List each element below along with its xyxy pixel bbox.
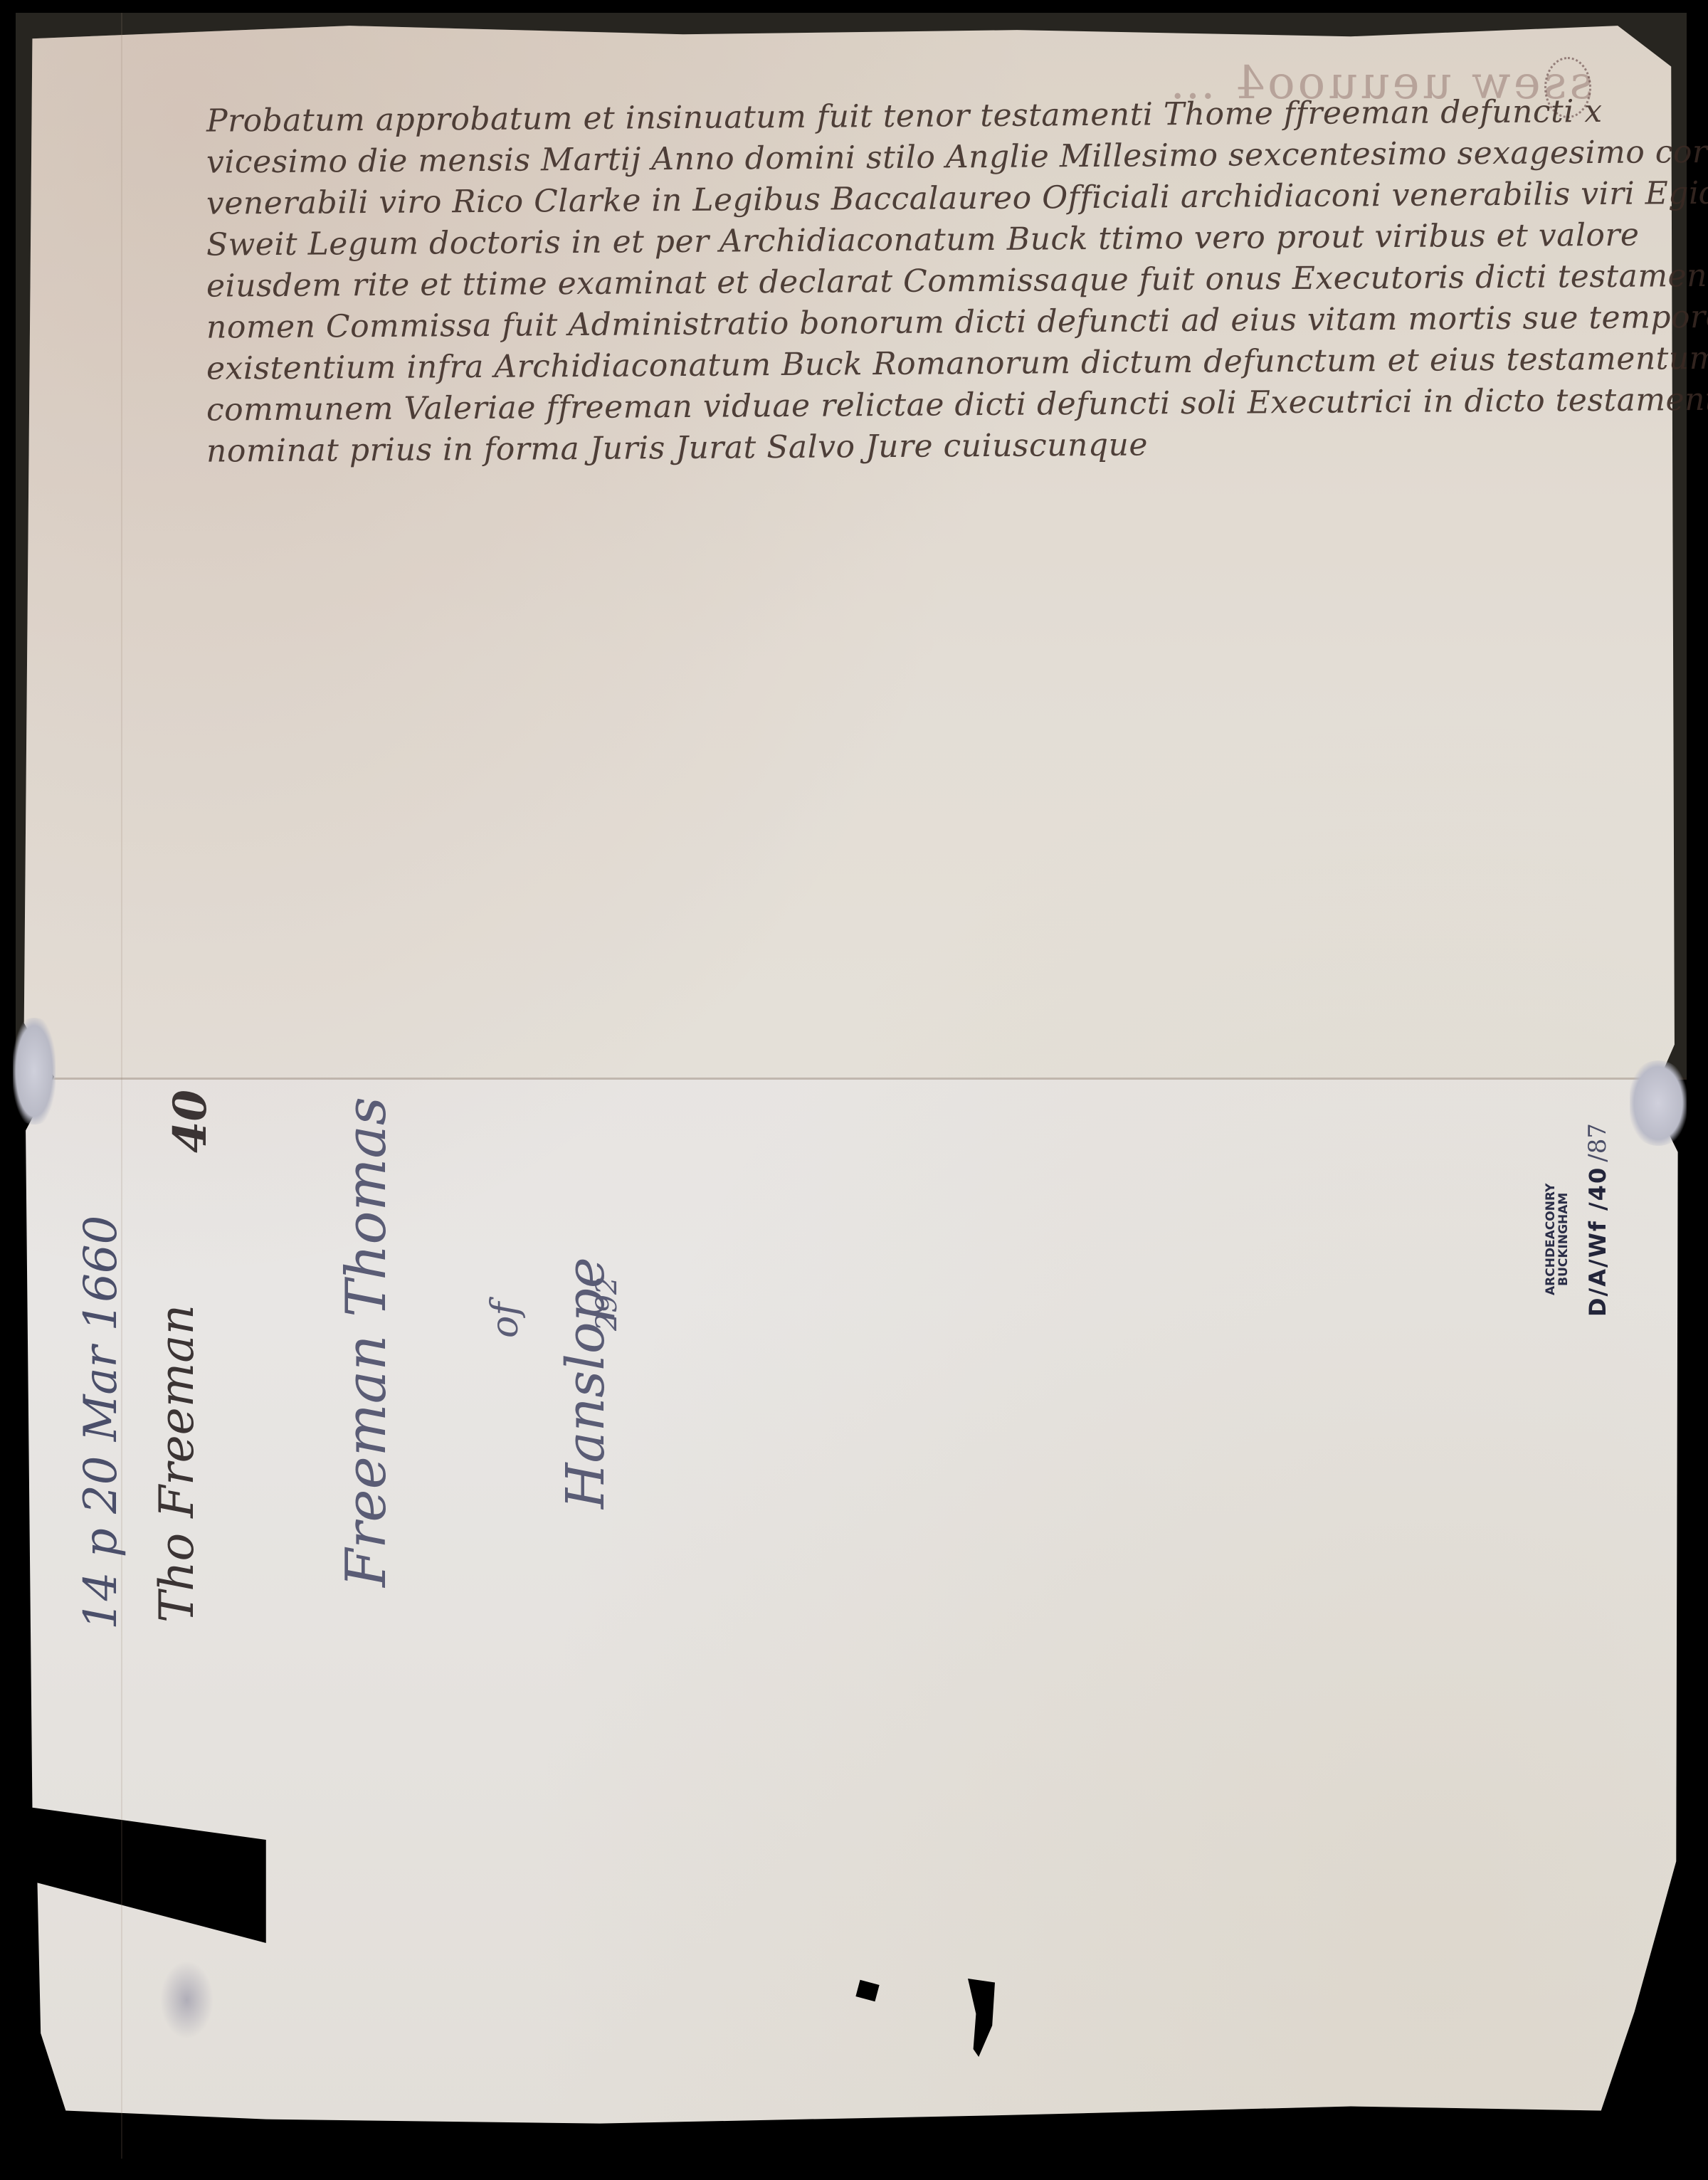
reference-printed: D/A/Wf /40 <box>1584 1167 1611 1317</box>
endorsement-date: 14 p 20 Mar 1660 <box>75 1216 127 1630</box>
right-fastening-mark <box>1630 1060 1687 1146</box>
archive-stamp: ARCHDEACONRY BUCKINGHAM <box>1544 1184 1570 1295</box>
archive-reference: D/A/Wf /40/87 <box>1583 1123 1612 1317</box>
endorsement-name: Tho Freeman <box>149 1305 204 1623</box>
stamp-line-archdeaconry: ARCHDEACONRY <box>1544 1184 1557 1295</box>
endorsement-surname: Freeman Thomas <box>334 1097 399 1587</box>
endorsement-of: of <box>484 1302 527 1338</box>
endorsement-folio: 292 <box>591 1277 623 1331</box>
endorsement-number: 40 <box>164 1090 217 1153</box>
left-fastening-mark <box>13 1018 56 1125</box>
stamp-line-buckingham: BUCKINGHAM <box>1557 1184 1570 1295</box>
ink-smudge <box>160 1961 213 2039</box>
reference-handwritten: /87 <box>1583 1123 1612 1162</box>
vertical-fold-line <box>121 13 122 2159</box>
horizontal-fold-line <box>16 1078 1687 1080</box>
probate-text: Probatum approbatum et insinuatum fuit t… <box>206 96 1566 468</box>
probate-line: nominat prius in forma Juris Jurat Salvo… <box>206 421 1566 472</box>
